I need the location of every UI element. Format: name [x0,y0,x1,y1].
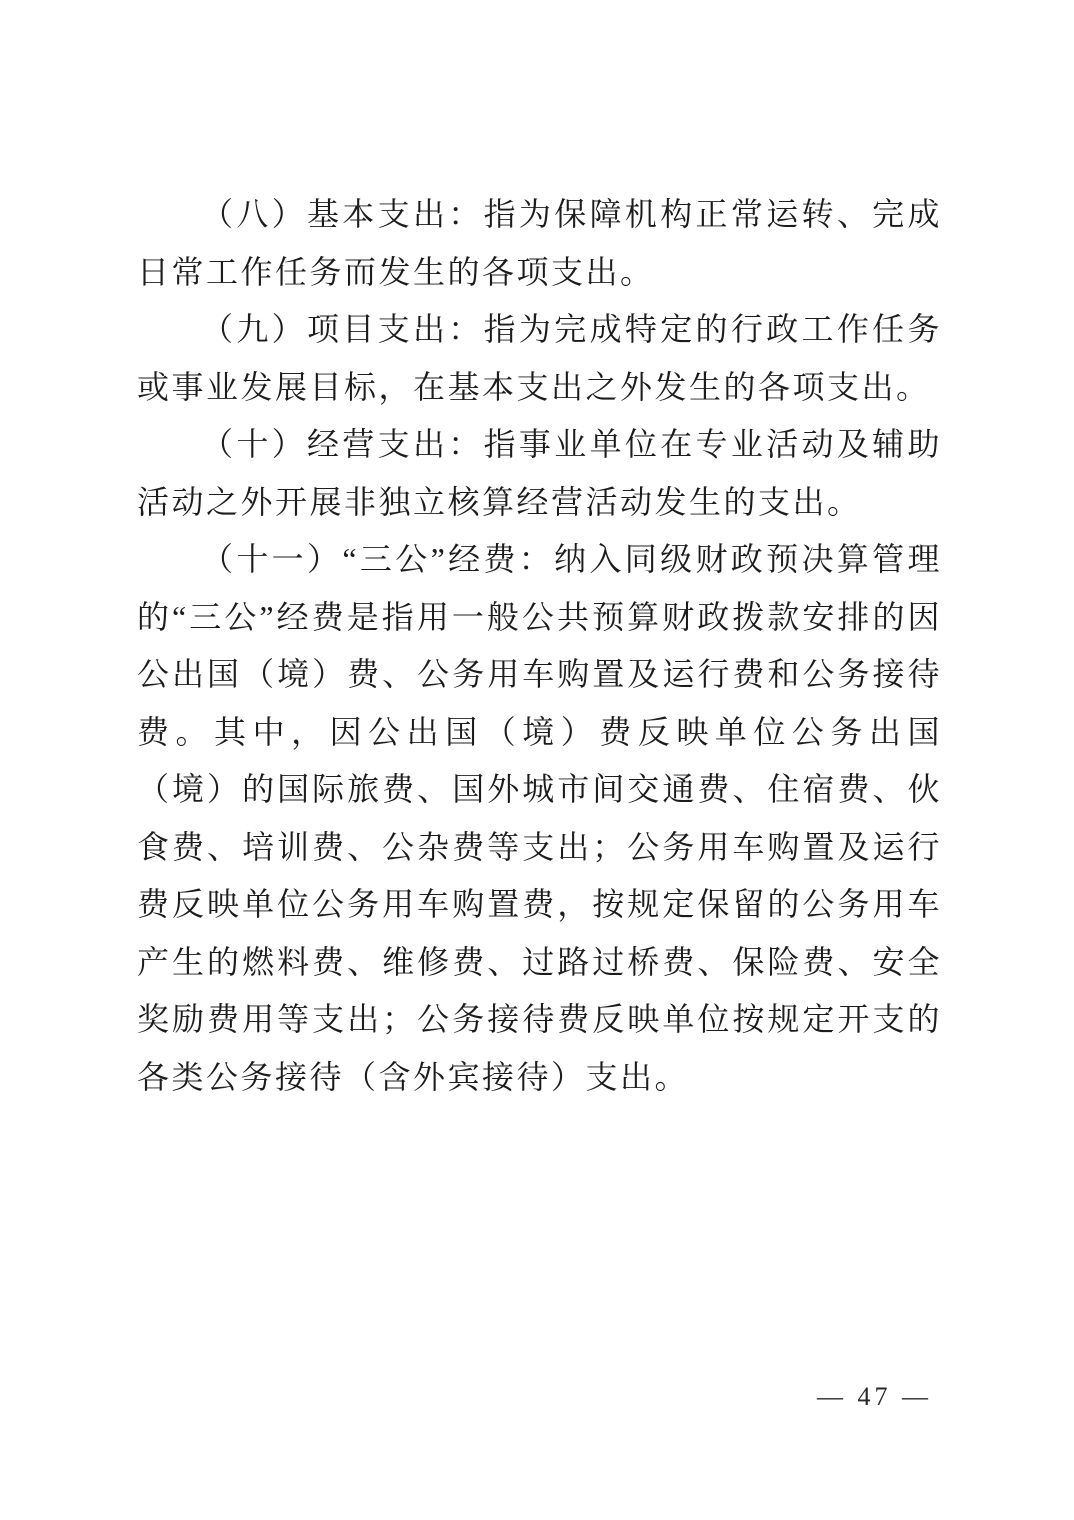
page-number: — 47 — [817,1382,932,1412]
document-page: （八）基本支出：指为保障机构正常运转、完成日常工作任务而发生的各项支出。 （九）… [0,0,1074,1520]
paragraph-item-10-operating-expenditure: （十）经营支出：指事业单位在专业活动及辅助活动之外开展非独立核算经营活动发生的支… [137,416,942,531]
paragraph-item-9-project-expenditure: （九）项目支出：指为完成特定的行政工作任务或事业发展目标，在基本支出之外发生的各… [137,301,942,416]
document-body: （八）基本支出：指为保障机构正常运转、完成日常工作任务而发生的各项支出。 （九）… [137,186,942,1106]
paragraph-item-8-basic-expenditure: （八）基本支出：指为保障机构正常运转、完成日常工作任务而发生的各项支出。 [137,186,942,301]
paragraph-item-11-three-public-funds: （十一）“三公”经费：纳入同级财政预决算管理的“三公”经费是指用一般公共预算财政… [137,531,942,1106]
